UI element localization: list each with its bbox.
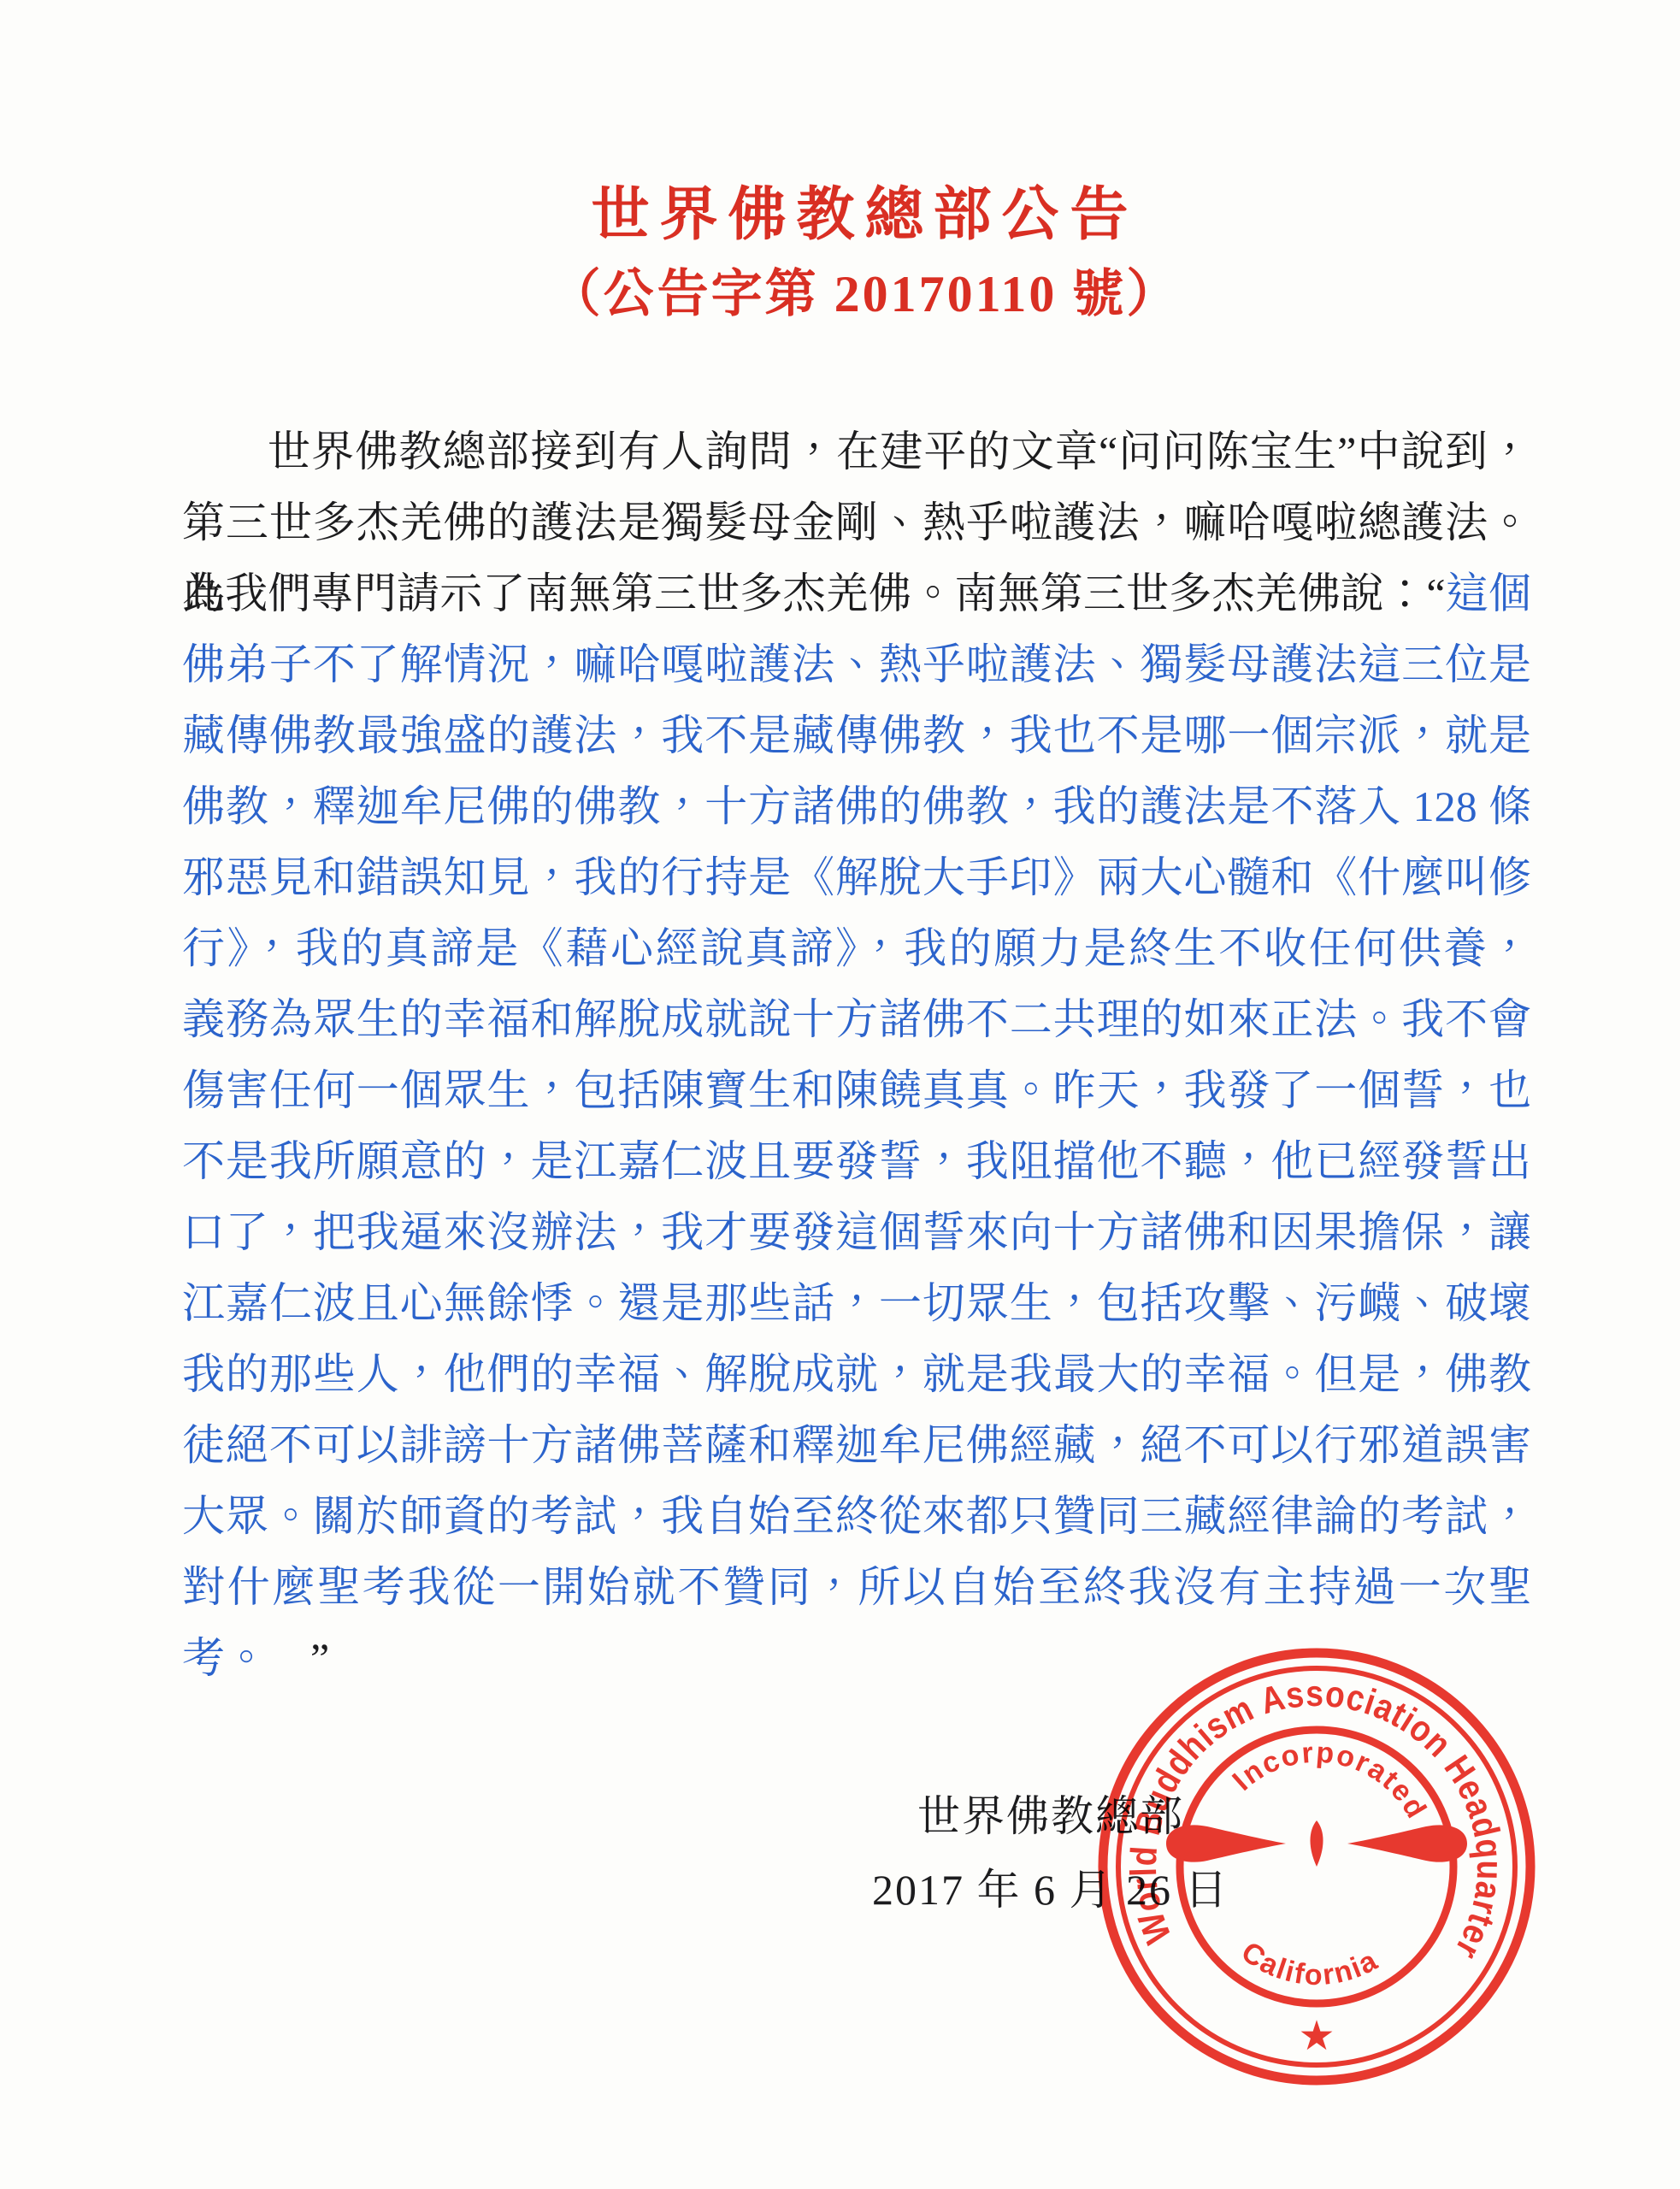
quoted-text-segment: 義務為眾生的幸福和解脫成就說十方諸佛不二共理的如來正法。我不會: [182, 995, 1531, 1043]
seal-vajra-icon: [1166, 1820, 1467, 1867]
body-line: 徒絕不可以誹謗十方諸佛菩薩和釋迦牟尼佛經藏，絕不可以行邪道誤害: [182, 1410, 1531, 1481]
body-line: 我的那些人，他們的幸福、解脫成就，就是我最大的幸福。但是，佛教: [182, 1339, 1531, 1410]
seal-arc-text: World Buddhism Association Headquarters: [1094, 1644, 1528, 1974]
body-line: 佛教，釋迦牟尼佛的佛教，十方諸佛的佛教，我的護法是不落入 128 條: [182, 771, 1531, 842]
quoted-text-segment: 大眾。關於師資的考試，我自始至終從來都只贊同三藏經律論的考試，: [182, 1492, 1531, 1540]
body-line: 對什麼聖考我從一開始就不贊同，所以自始至終我沒有主持過一次聖: [182, 1552, 1531, 1623]
seal-arc-text-group: World Buddhism Association Headquarters: [1094, 1644, 1528, 1974]
body-line: 此我們專門請示了南無第三世多杰羌佛。南無第三世多杰羌佛說：“這個: [182, 558, 1531, 629]
quoted-text-segment: 考。: [182, 1634, 268, 1682]
quoted-text-segment: 不是我所願意的，是江嘉仁波且要發誓，我阻擋他不聽，他已經發誓出: [182, 1137, 1531, 1185]
announcement-title: 世界佛教總部公告 （公告字第 20170110 號）: [0, 174, 1680, 333]
quoted-text-segment: 口了，把我逼來沒辦法，我才要發這個誓來向十方諸佛和因果擔保，讓: [182, 1208, 1531, 1256]
body-line: 口了，把我逼來沒辦法，我才要發這個誓來向十方諸佛和因果擔保，讓: [182, 1197, 1531, 1268]
body-line: 藏傳佛教最強盛的護法，我不是藏傳佛教，我也不是哪一個宗派，就是: [182, 700, 1531, 771]
vajra-left-blade: [1166, 1825, 1286, 1862]
page-title: 世界佛教總部公告: [50, 174, 1680, 256]
quoted-text-segment: 佛弟子不了解情況，嘛哈嘎啦護法、熱乎啦護法、獨髮母護法這三位是: [182, 640, 1531, 688]
body-line: 江嘉仁波且心無餘悸。還是那些話，一切眾生，包括攻擊、污衊、破壞: [182, 1268, 1531, 1339]
announcement-number: （公告字第 20170110 號）: [50, 256, 1680, 333]
body-line: 邪惡見和錯誤知見，我的行持是《解脫大手印》兩大心髓和《什麼叫修: [182, 842, 1531, 913]
body-line: 義務為眾生的幸福和解脫成就說十方諸佛不二共理的如來正法。我不會: [182, 984, 1531, 1055]
body-paragraph: 世界佛教總部接到有人詢問，在建平的文章“问问陈宝生”中說到，第三世多杰羌佛的護法…: [182, 416, 1531, 1694]
announcement-page: { "colors": { "title_red": "#d92f23", "b…: [0, 0, 1680, 2189]
official-seal-stamp: World Buddhism Association Headquarters …: [1094, 1644, 1539, 2089]
body-line: 大眾。關於師資的考試，我自始至終從來都只贊同三藏經律論的考試，: [182, 1481, 1531, 1552]
quoted-text-segment: 江嘉仁波且心無餘悸。還是那些話，一切眾生，包括攻擊、污衊、破壞: [182, 1279, 1531, 1327]
quoted-text-segment: 佛教，釋迦牟尼佛的佛教，十方諸佛的佛教，我的護法是不落入 128 條: [182, 782, 1531, 830]
svg-text:World Buddhism Association Hea: World Buddhism Association Headquarters: [1094, 1644, 1528, 1974]
vajra-right-blade: [1347, 1825, 1467, 1862]
body-line: 行》，我的真諦是《藉心經說真諦》，我的願力是終生不收任何供養，: [182, 913, 1531, 984]
seal-star-icon: ★: [1298, 2014, 1335, 2059]
body-line: 不是我所願意的，是江嘉仁波且要發誓，我阻擋他不聽，他已經發誓出: [182, 1126, 1531, 1197]
body-line: 佛弟子不了解情況，嘛哈嘎啦護法、熱乎啦護法、獨髮母護法這三位是: [182, 629, 1531, 700]
vajra-center-drop: [1310, 1820, 1323, 1867]
quoted-text-segment: 藏傳佛教最強盛的護法，我不是藏傳佛教，我也不是哪一個宗派，就是: [182, 711, 1531, 759]
quoted-text-segment: 傷害任何一個眾生，包括陳寶生和陳饒真真。昨天，我發了一個誓，也: [182, 1066, 1531, 1114]
body-line: 第三世多杰羌佛的護法是獨髮母金剛、熱乎啦護法，嘛哈嘎啦總護法。為: [182, 487, 1531, 558]
body-line: 世界佛教總部接到有人詢問，在建平的文章“问问陈宝生”中說到，: [182, 416, 1531, 487]
quoted-text-segment: 對什麼聖考我從一開始就不贊同，所以自始至終我沒有主持過一次聖: [182, 1563, 1531, 1611]
quoted-text-segment: 這個: [1446, 569, 1531, 617]
quoted-text-segment: 徒絕不可以誹謗十方諸佛菩薩和釋迦牟尼佛經藏，絕不可以行邪道誤害: [182, 1421, 1531, 1469]
quoted-text-segment: 我的那些人，他們的幸福、解脫成就，就是我最大的幸福。但是，佛教: [182, 1350, 1531, 1398]
body-line: 傷害任何一個眾生，包括陳寶生和陳饒真真。昨天，我發了一個誓，也: [182, 1055, 1531, 1126]
quoted-text-segment: 邪惡見和錯誤知見，我的行持是《解脫大手印》兩大心髓和《什麼叫修: [182, 853, 1531, 901]
plain-text-segment: 此我們專門請示了南無第三世多杰羌佛。南無第三世多杰羌佛說：“: [182, 569, 1446, 617]
quoted-text-segment: 行》，我的真諦是《藉心經說真諦》，我的願力是終生不收任何供養，: [182, 924, 1531, 972]
plain-text-segment: 世界佛教總部接到有人詢問，在建平的文章“问问陈宝生”中說到，: [268, 428, 1531, 475]
plain-text-segment: ”: [268, 1634, 329, 1682]
